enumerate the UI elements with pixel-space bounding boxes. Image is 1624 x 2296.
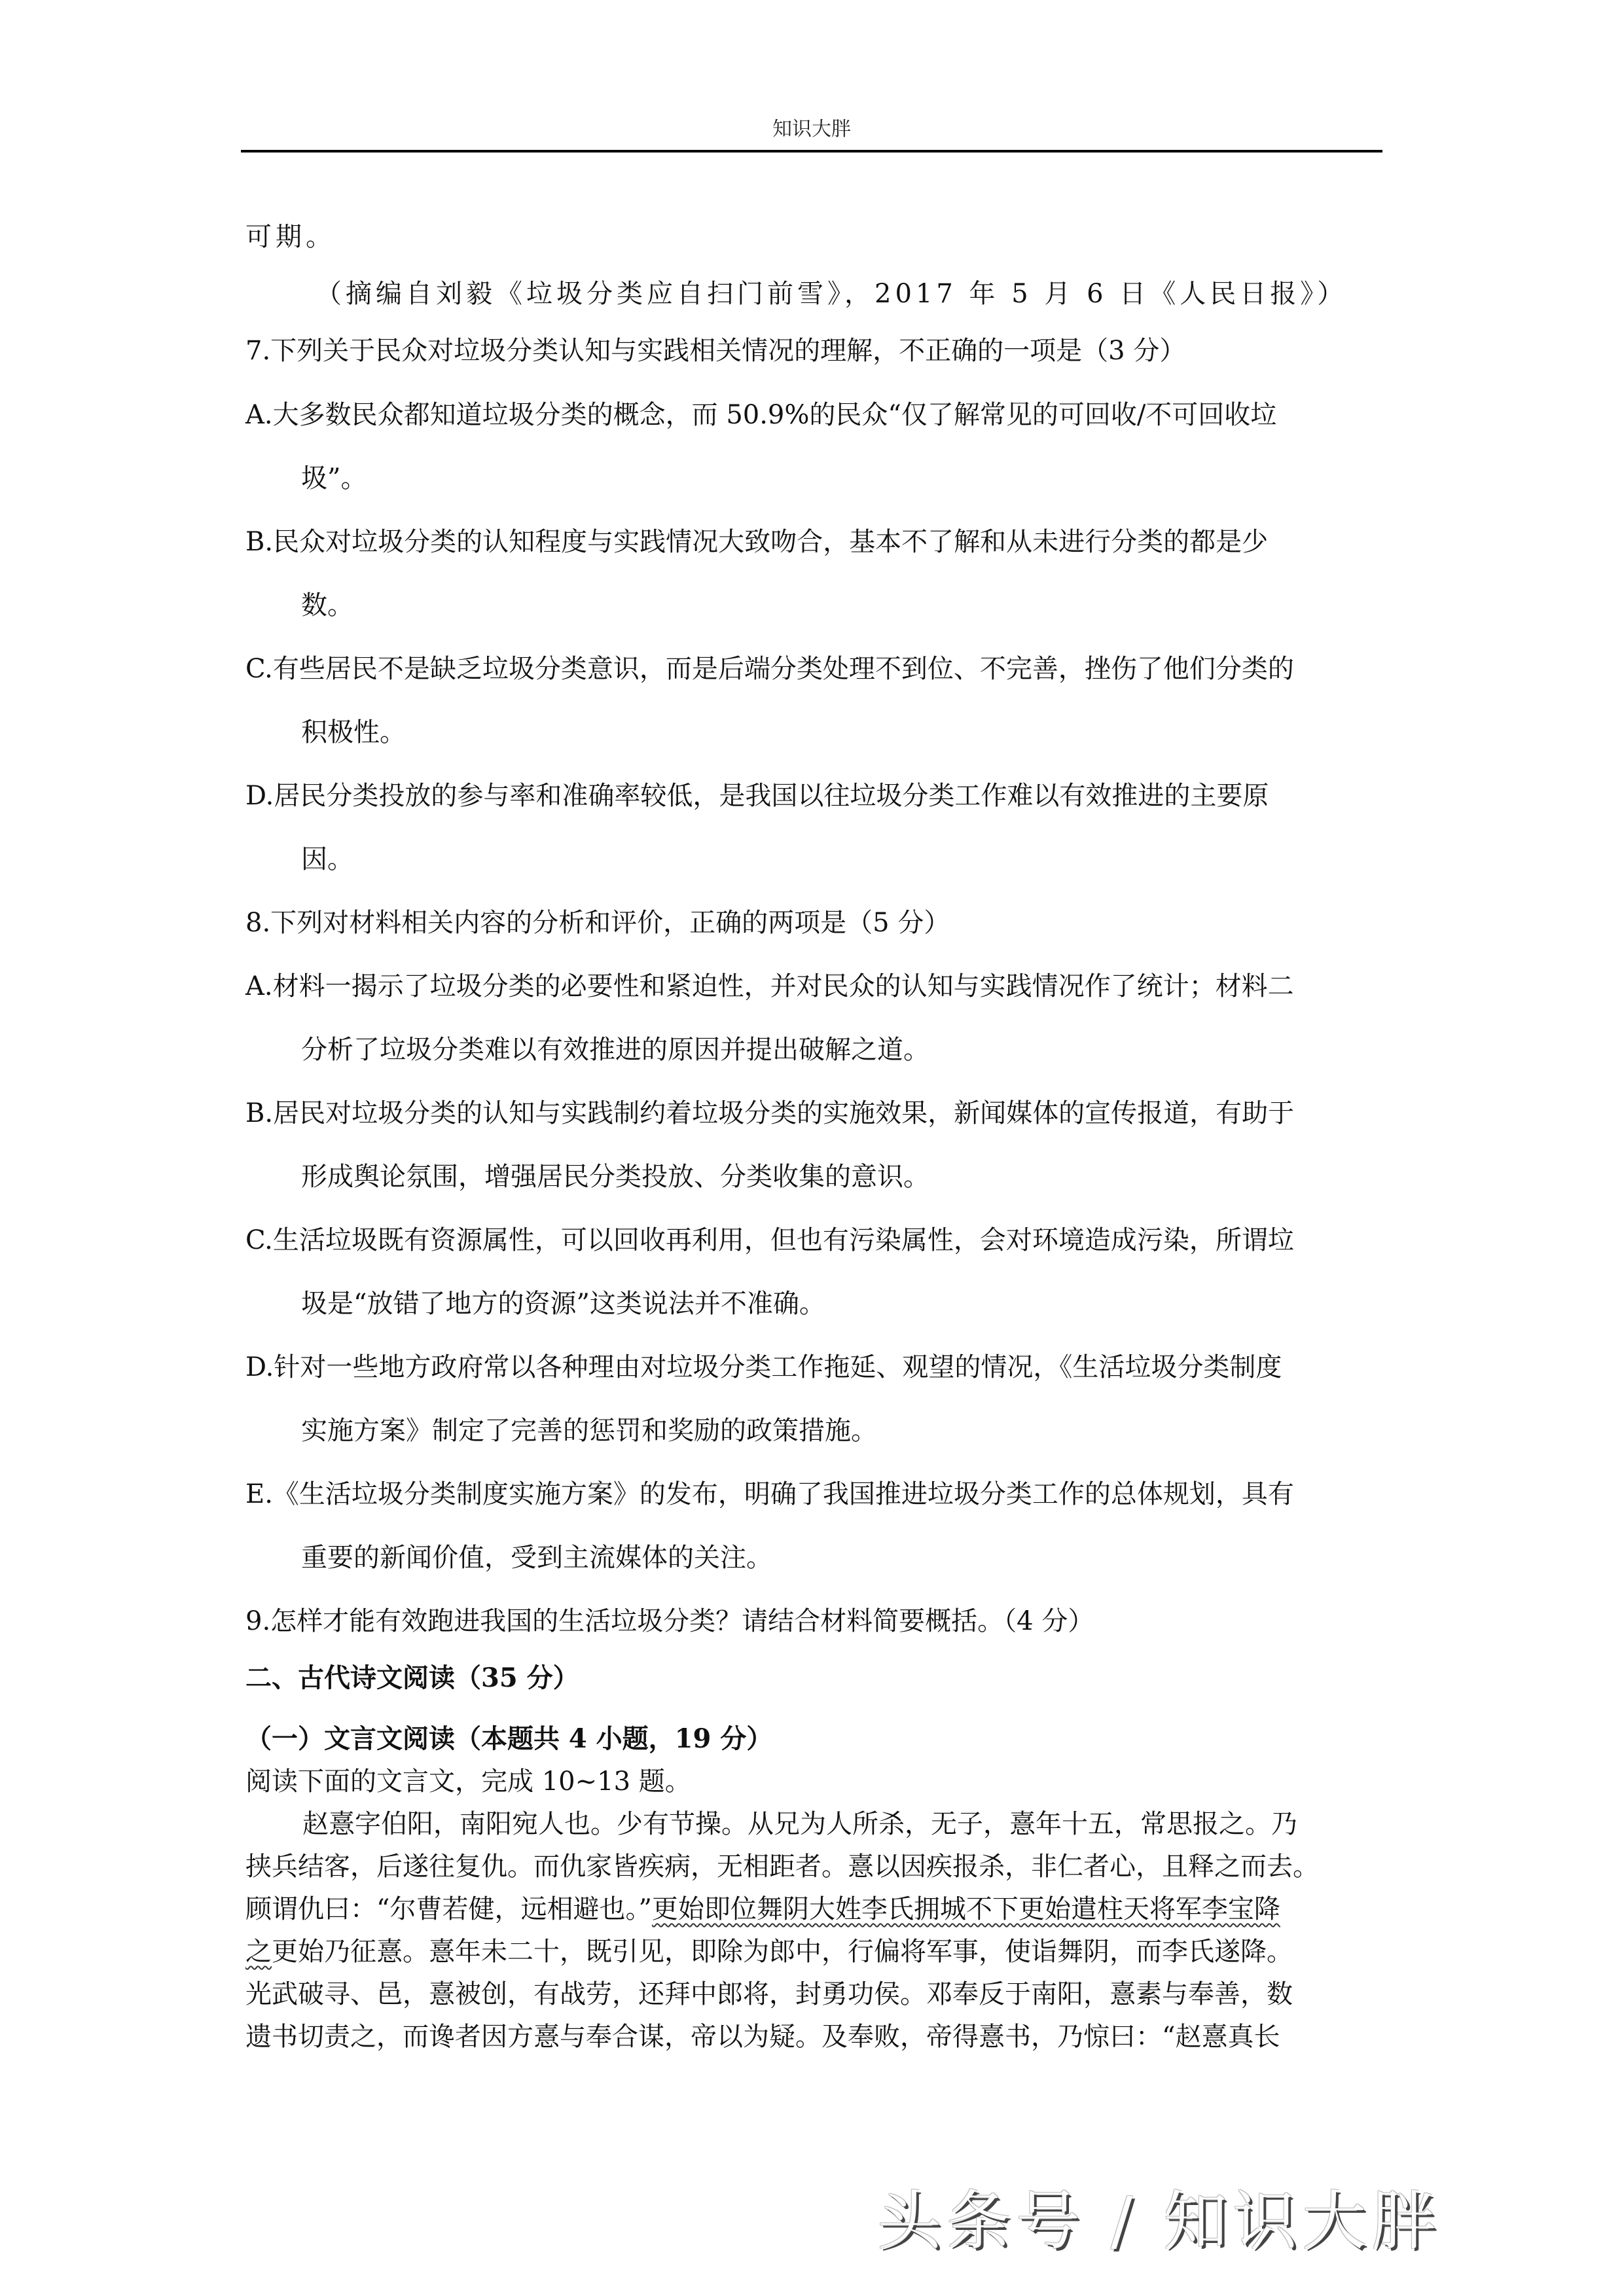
instruction: 阅读下面的文言文，完成 10~13 题。 <box>245 1766 1398 1797</box>
q8-option-a-line1: A.材料一揭示了垃圾分类的必要性和紧迫性，并对民众的认知与实践情况作了统计；材料… <box>245 971 1398 1002</box>
q7-option-b-line1: B.民众对垃圾分类的认知程度与实践情况大致吻合，基本不了解和从未进行分类的都是少 <box>245 526 1398 558</box>
passage-line-4: 之更始乃征憙。憙年未二十，既引见，即除为郎中，行偏将军事，使诣舞阴，而李氏遂降。 <box>245 1936 1398 1967</box>
passage-line-5: 光武破寻、邑，憙被创，有战劳，还拜中郎将，封勇功侯。邓奉反于南阳，憙素与奉善，数 <box>245 1979 1398 2010</box>
q7-option-b-line2: 数。 <box>301 590 1453 621</box>
wavy-underlined-sentence: 更始即位舞阴大姓李氏拥城不下更始遣柱天将军李宝降 <box>652 1894 1280 1924</box>
q8-option-d-line1: D.针对一些地方政府常以各种理由对垃圾分类工作拖延、观望的情况，《生活垃圾分类制… <box>245 1352 1398 1383</box>
q7-option-d-line2: 因。 <box>301 844 1453 875</box>
watermark: 头条号 / 知识大胖 <box>877 2170 1441 2262</box>
q8-option-a-line2: 分析了垃圾分类难以有效推进的原因并提出破解之道。 <box>301 1034 1453 1066</box>
subsection-title: （一）文言文阅读（本题共 4 小题，19 分） <box>245 1723 1398 1755</box>
citation: （摘编自刘毅《垃圾分类应自扫门前雪》，2017 年 5 月 6 日《人民日报》） <box>316 278 1468 310</box>
q7-option-d-line1: D.居民分类投放的参与率和准确率较低，是我国以往垃圾分类工作难以有效推进的主要原 <box>245 780 1398 812</box>
header-divider <box>241 150 1382 152</box>
question-7-stem: 7.下列关于民众对垃圾分类认知与实践相关情况的理解，不正确的一项是（3 分） <box>245 335 1398 367</box>
question-9-stem: 9.怎样才能有效跑进我国的生活垃圾分类？请结合材料简要概括。（4 分） <box>245 1605 1398 1637</box>
page-header-title: 知识大胖 <box>241 113 1382 141</box>
q8-option-c-line2: 圾是“放错了地方的资源”这类说法并不准确。 <box>301 1288 1453 1319</box>
passage-line-3-plain: 顾谓仇曰：“尔曹若健，远相避也。” <box>245 1894 652 1924</box>
q7-option-a-line1: A.大多数民众都知道垃圾分类的概念，而 50.9%的民众“仅了解常见的可回收/不… <box>245 399 1398 431</box>
q8-option-c-line1: C.生活垃圾既有资源属性，可以回收再利用，但也有污染属性，会对环境造成污染，所谓… <box>245 1225 1398 1256</box>
q8-option-d-line2: 实施方案》制定了完善的惩罚和奖励的政策措施。 <box>301 1415 1453 1446</box>
question-8-stem: 8.下列对材料相关内容的分析和评价，正确的两项是（5 分） <box>245 907 1398 939</box>
q7-option-c-line1: C.有些居民不是缺乏垃圾分类意识，而是后端分类处理不到位、不完善，挫伤了他们分类… <box>245 653 1398 685</box>
passage-end: 可期。 <box>245 221 1398 253</box>
passage-line-1: 赵憙字伯阳，南阳宛人也。少有节操。从兄为人所杀，无子，憙年十五，常思报之。乃 <box>302 1808 1454 1840</box>
wavy-underlined-end: 之 <box>245 1937 272 1967</box>
q7-option-a-line2: 圾”。 <box>301 463 1453 494</box>
passage-line-3: 顾谓仇曰：“尔曹若健，远相避也。”更始即位舞阴大姓李氏拥城不下更始遣柱天将军李宝… <box>245 1893 1398 1925</box>
section-2-title: 二、古代诗文阅读（35 分） <box>245 1662 1398 1694</box>
q8-option-e-line2: 重要的新闻价值，受到主流媒体的关注。 <box>301 1542 1453 1573</box>
passage-line-4-rest: 更始乃征憙。憙年未二十，既引见，即除为郎中，行偏将军事，使诣舞阴，而李氏遂降。 <box>272 1937 1293 1967</box>
q8-option-b-line1: B.居民对垃圾分类的认知与实践制约着垃圾分类的实施效果，新闻媒体的宣传报道，有助… <box>245 1098 1398 1129</box>
q7-option-c-line2: 积极性。 <box>301 717 1453 748</box>
q8-option-b-line2: 形成舆论氛围，增强居民分类投放、分类收集的意识。 <box>301 1161 1453 1193</box>
q8-option-e-line1: E.《生活垃圾分类制度实施方案》的发布，明确了我国推进垃圾分类工作的总体规划，具… <box>245 1479 1398 1510</box>
passage-line-6: 遗书切责之，而谗者因方憙与奉合谋，帝以为疑。及奉败，帝得憙书，乃惊曰：“赵憙真长 <box>245 2021 1398 2053</box>
passage-line-2: 挟兵结客，后遂往复仇。而仇家皆疾病，无相距者。憙以因疾报杀，非仁者心，且释之而去… <box>245 1851 1398 1882</box>
